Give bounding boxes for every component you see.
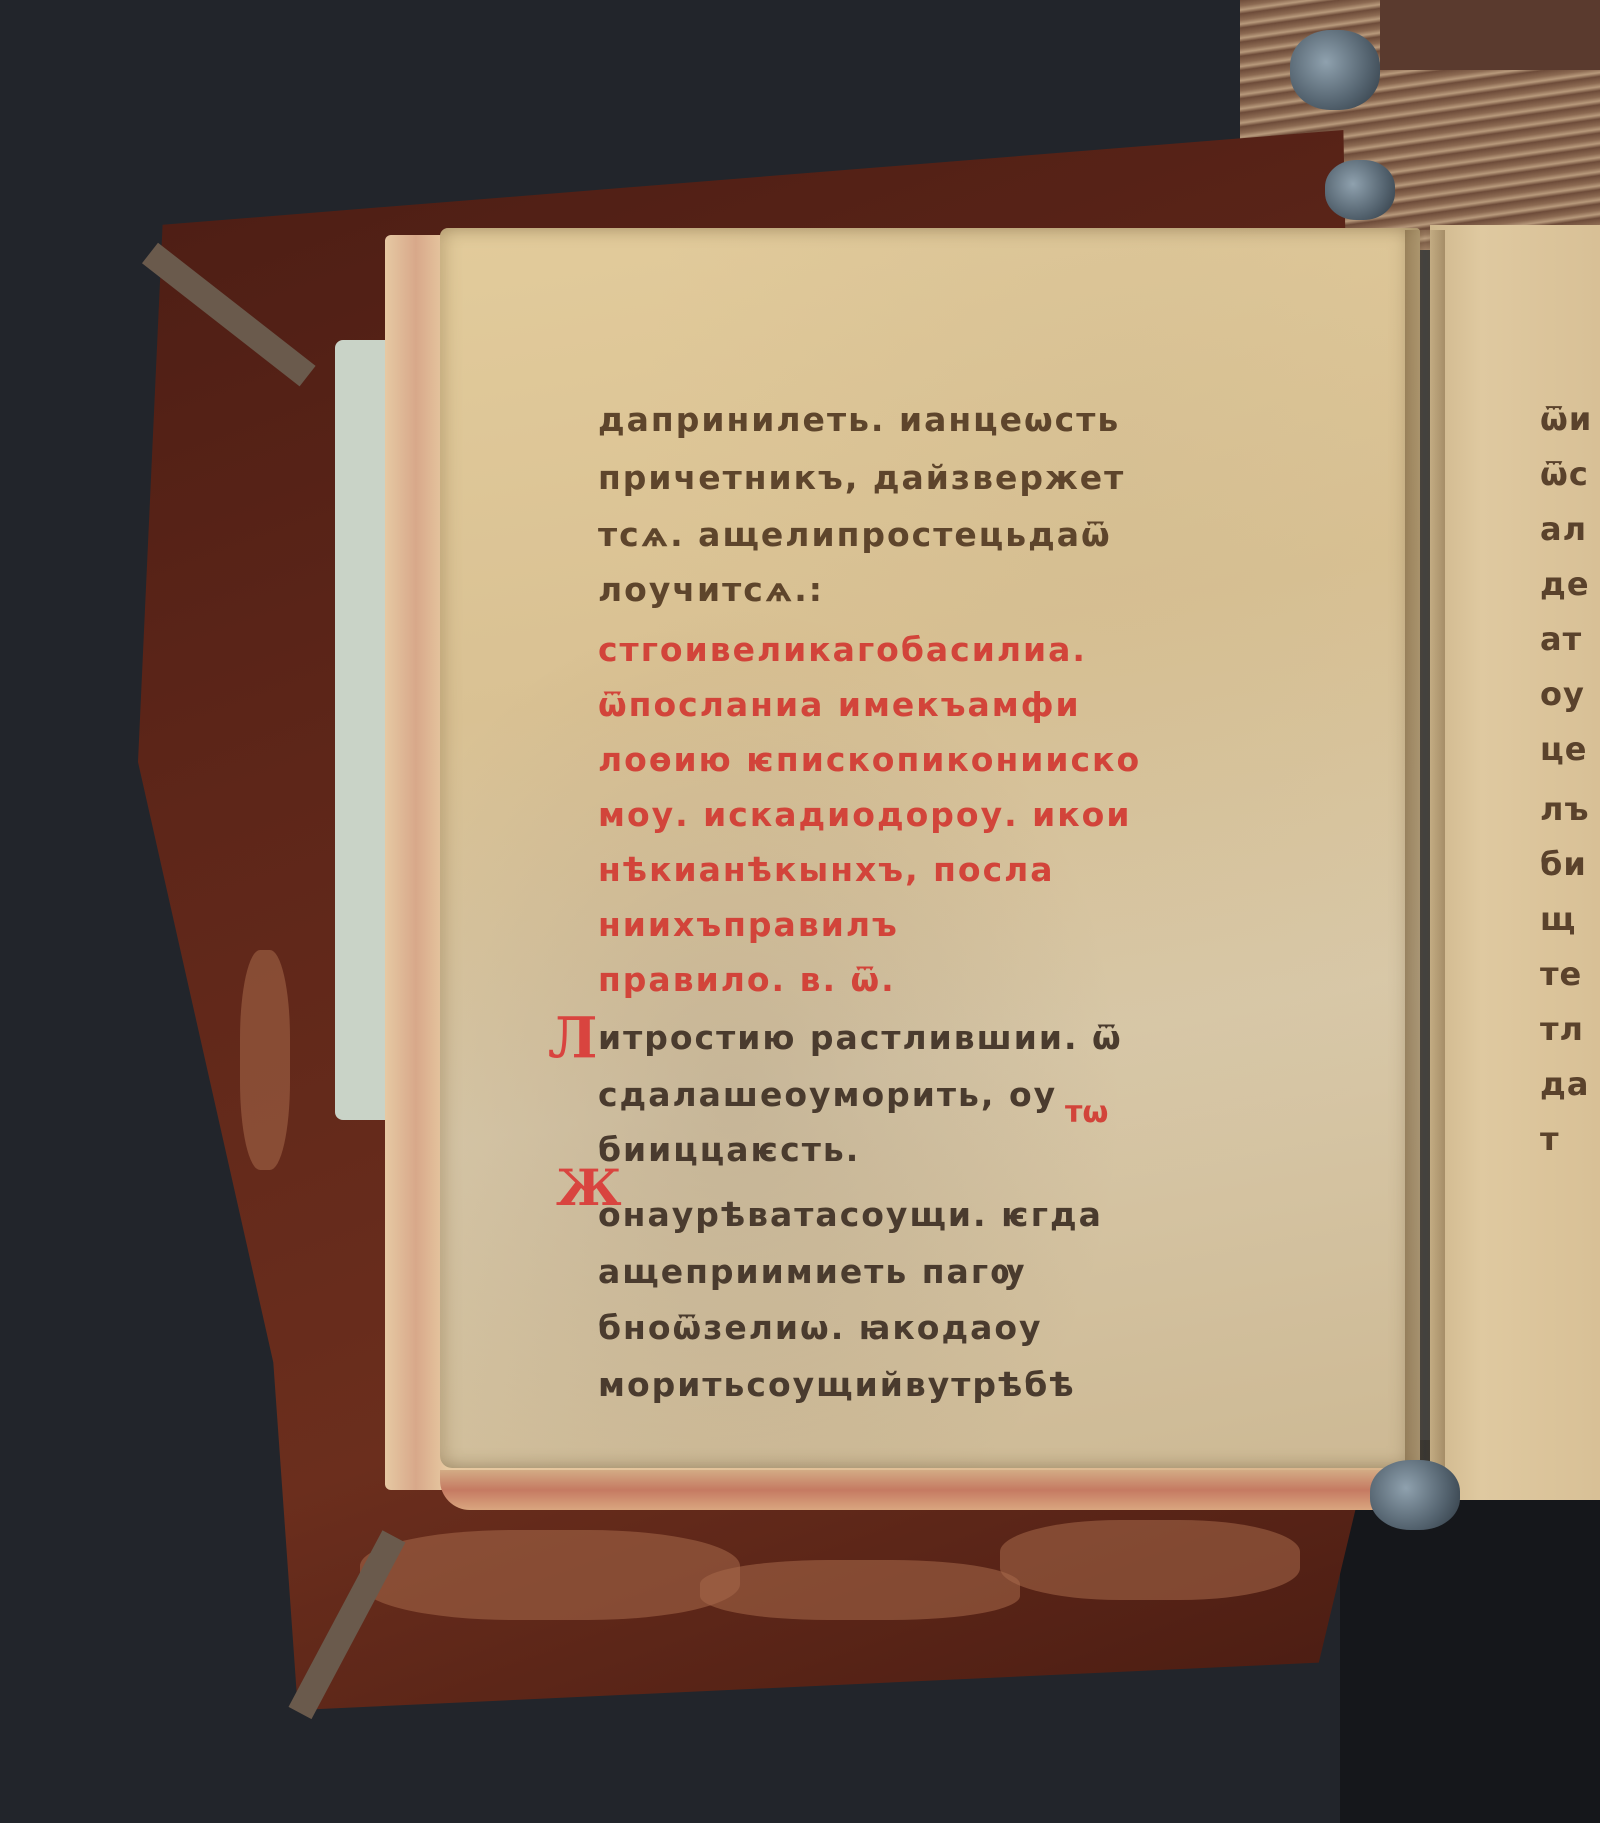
text-line-8: онаурѣватасоущи. ѥгда [598,1195,1103,1235]
rubric-line-6: ниихъправилъ [598,905,899,945]
red-initial-l: Л [548,1010,598,1066]
right-line-start: ал [1540,510,1587,548]
rubric-line-1: стгоивеликагобасилиа. [598,630,1087,670]
red-marginal-note: тѡ [1065,1095,1108,1130]
right-line-start: ат [1540,620,1582,658]
text-line-4: лоучитсѧ.: [598,570,824,610]
cover-wear-patch [700,1560,1020,1620]
right-line-start: ѿи [1540,400,1592,438]
rubric-line-4: моу. искадиодороу. икои [598,795,1131,835]
right-line-start: да [1540,1065,1589,1103]
cover-wear-patch [240,950,290,1170]
binding-thread-lower [1370,1460,1460,1530]
right-line-start: би [1540,845,1587,883]
binding-thread-upper [1325,160,1395,220]
binding-thread-top [1290,30,1380,110]
rubric-line-3: лоѳию ѥпископиконииско [598,740,1141,780]
right-line-start: де [1540,565,1590,603]
rubric-line-5: нѣкианѣкынхъ, посла [598,850,1055,890]
right-line-start: лъ [1540,790,1589,828]
cover-wear-patch [360,1530,740,1620]
rubric-line-2: ѿпосланиа имекъамфи [598,685,1081,725]
right-line-start: тл [1540,1010,1584,1048]
text-line-5: итростию растлившии. ѿ [598,1018,1123,1058]
stacked-book-cover [1380,0,1600,70]
right-line-start: це [1540,730,1587,768]
rubric-line-7: правило. в. ѿ. [598,960,896,1000]
page-stack-bottom-edge [440,1470,1400,1510]
red-initial-zh: Ж [556,1160,622,1216]
gutter-fold [1405,230,1445,1470]
right-line-start: щ [1540,900,1576,938]
text-line-11: моритьсоущийвутрѣбѣ [598,1365,1076,1405]
text-line-1: дапринилеть. ианцеѡсть [598,400,1120,440]
text-line-10: бноѿзелиѡ. ꙗкодаоу [598,1308,1043,1348]
text-line-7: бииццаѥсть. [598,1130,860,1170]
text-line-2: причетникъ, дайзвержет [598,458,1125,498]
right-line-start: т [1540,1120,1560,1158]
right-line-start: оу [1540,675,1585,713]
right-line-start: те [1540,955,1582,993]
text-line-6: сдалашеоуморить, оу [598,1075,1057,1115]
text-line-3: тсѧ. ащелипростецьдаѿ [598,515,1112,555]
right-line-start: ѿс [1540,455,1589,493]
text-line-9: ащеприимиеть пагѹ [598,1252,1027,1292]
cover-wear-patch [1000,1520,1300,1600]
